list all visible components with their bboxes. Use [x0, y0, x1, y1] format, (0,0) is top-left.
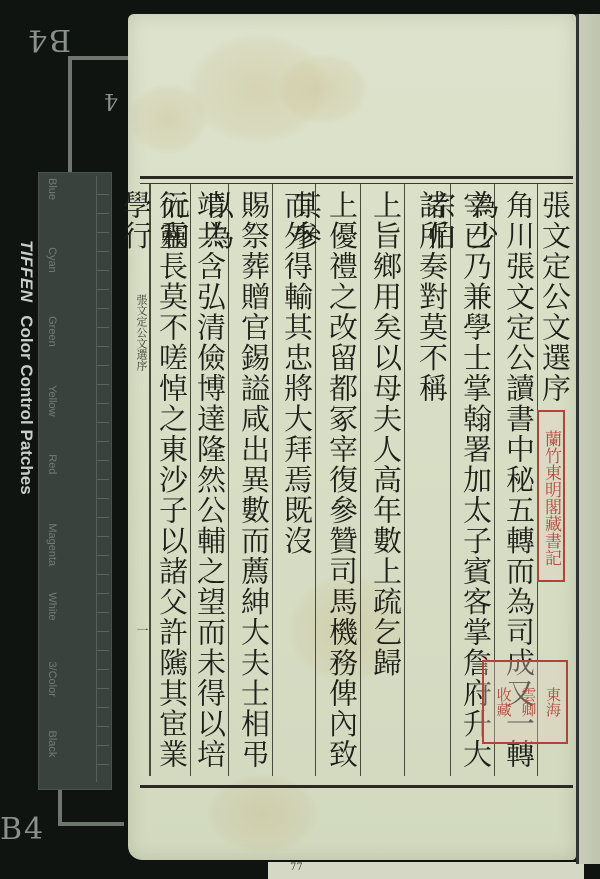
text-column-9: 衍靈長莫不嗟悼之東沙子以諸父許隲其宦業學行	[150, 184, 190, 776]
text-column-5: 上優禮之改留都冢宰復參贊司馬機務俾內致其參	[315, 184, 360, 776]
frame-bracket-top	[68, 56, 134, 180]
strip-title: Color Control Patches	[17, 315, 36, 494]
collector-seal-tall: 蘭竹東明閣藏書記	[537, 410, 565, 582]
text-column-7: 賜祭葬贈官錫謚咸出異數而薦紳大夫士相弔以為	[228, 184, 272, 776]
tiffen-logo: TIFFEN	[17, 240, 36, 303]
block-margin-title: 張文定公文選序 一	[132, 184, 150, 776]
patch-label: Yellow	[46, 385, 58, 451]
strip-brand-label: TIFFEN Color Control Patches	[16, 240, 36, 495]
patch-label: 3/Color	[46, 661, 58, 727]
frame-label-bottom: B4	[0, 812, 45, 847]
page-edge	[576, 14, 600, 864]
patch-label: Red	[46, 454, 58, 520]
seal-text: 東海	[537, 666, 562, 738]
lower-page	[268, 862, 584, 879]
patch-label: Magenta	[46, 523, 58, 589]
text-column-4: 上旨鄉用矣以母夫人高年數上疏乞歸	[360, 184, 404, 776]
water-stain	[278, 54, 368, 124]
seal-text: 收藏	[488, 666, 513, 738]
text-column-6: 而外得輸其忠將大拜焉既沒	[272, 184, 315, 776]
strip-patch-labels: Blue Cyan Green Yellow Red Magenta White…	[46, 178, 58, 797]
leaf-number: 一	[134, 624, 151, 636]
text-column-3: 諸所奏對莫不稱	[404, 184, 450, 776]
patch-label: Cyan	[46, 247, 58, 313]
strip-ruler	[96, 176, 109, 782]
frame-label-top: B4	[26, 22, 71, 57]
text-column-8: 靖共含弘清儉博達隆然公輔之望而未得以培元和	[190, 184, 228, 776]
patch-label: Black	[46, 731, 58, 797]
margin-title: 張文定公文選序	[135, 294, 148, 371]
frame-number: 4	[104, 88, 118, 113]
patch-label: Green	[46, 316, 58, 382]
lower-page-fragment: 77	[290, 862, 303, 873]
seal-text: 雲卿	[513, 666, 538, 738]
patch-label: White	[46, 592, 58, 658]
collector-seal-square: 收藏 雲卿 東海	[482, 660, 568, 744]
frame-bracket-bottom	[58, 786, 124, 826]
patch-label: Blue	[46, 178, 58, 244]
water-stain	[128, 84, 208, 154]
